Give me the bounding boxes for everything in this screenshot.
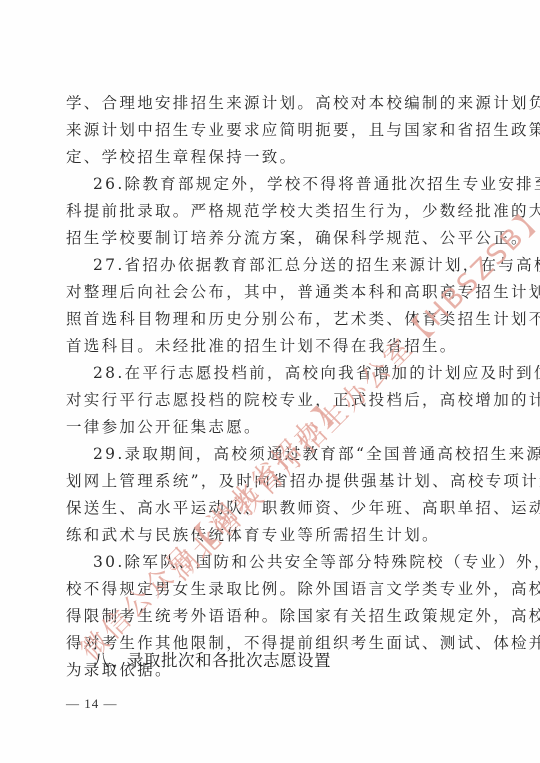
text-line: 科提前批录取。严格规范学校大类招生行为，少数经批准的大类	[66, 198, 472, 225]
text-line: 招生学校要制订培养分流方案，确保科学规范、公平公正。	[66, 225, 472, 252]
text-line: 保送生、高水平运动队、职教师资、少年班、高职单招、运动训	[66, 495, 472, 522]
page-number: — 14 —	[66, 696, 118, 712]
document-page: 学、合理地安排招生来源计划。高校对本校编制的来源计划负责。 来源计划中招生专业要…	[0, 0, 540, 763]
paragraph-28-first-line: 28.在平行志愿投档前，高校向我省增加的计划应及时到位。	[66, 360, 472, 387]
paragraph-26-first-line: 26.除教育部规定外，学校不得将普通批次招生专业安排至本	[66, 171, 472, 198]
text-line: 首选科目。未经批准的招生计划不得在我省招生。	[66, 333, 472, 360]
text-line: 对实行平行志愿投档的院校专业，正式投档后，高校增加的计划	[66, 387, 472, 414]
text-line: 定、学校招生章程保持一致。	[66, 144, 472, 171]
section-heading: 八、录取批次和各批次志愿设置	[93, 647, 331, 671]
paragraph-29-first-line: 29.录取期间，高校须通过教育部“全国普通高校招生来源计	[66, 441, 472, 468]
text-line: 得限制考生统考外语语种。除国家有关招生政策规定外，高校不	[66, 603, 472, 630]
text-line: 对整理后向社会公布，其中，普通类本科和高职高专招生计划按	[66, 279, 472, 306]
text-line: 照首选科目物理和历史分别公布，艺术类、体育类招生计划不分	[66, 306, 472, 333]
paragraph-30-first-line: 30.除军队、国防和公共安全等部分特殊院校（专业）外，高	[66, 549, 472, 576]
text-line: 练和武术与民族传统体育专业等所需招生计划。	[66, 522, 472, 549]
text-line: 校不得规定男女生录取比例。除外国语言文学类专业外，高校不	[66, 576, 472, 603]
body-text: 学、合理地安排招生来源计划。高校对本校编制的来源计划负责。 来源计划中招生专业要…	[66, 90, 472, 684]
text-line: 学、合理地安排招生来源计划。高校对本校编制的来源计划负责。	[66, 90, 472, 117]
text-line: 划网上管理系统”，及时向省招办提供强基计划、高校专项计划、	[66, 468, 472, 495]
text-line: 一律参加公开征集志愿。	[66, 414, 472, 441]
paragraph-27-first-line: 27.省招办依据教育部汇总分送的招生来源计划，在与高校核	[66, 252, 472, 279]
text-line: 来源计划中招生专业要求应简明扼要，且与国家和省招生政策规	[66, 117, 472, 144]
